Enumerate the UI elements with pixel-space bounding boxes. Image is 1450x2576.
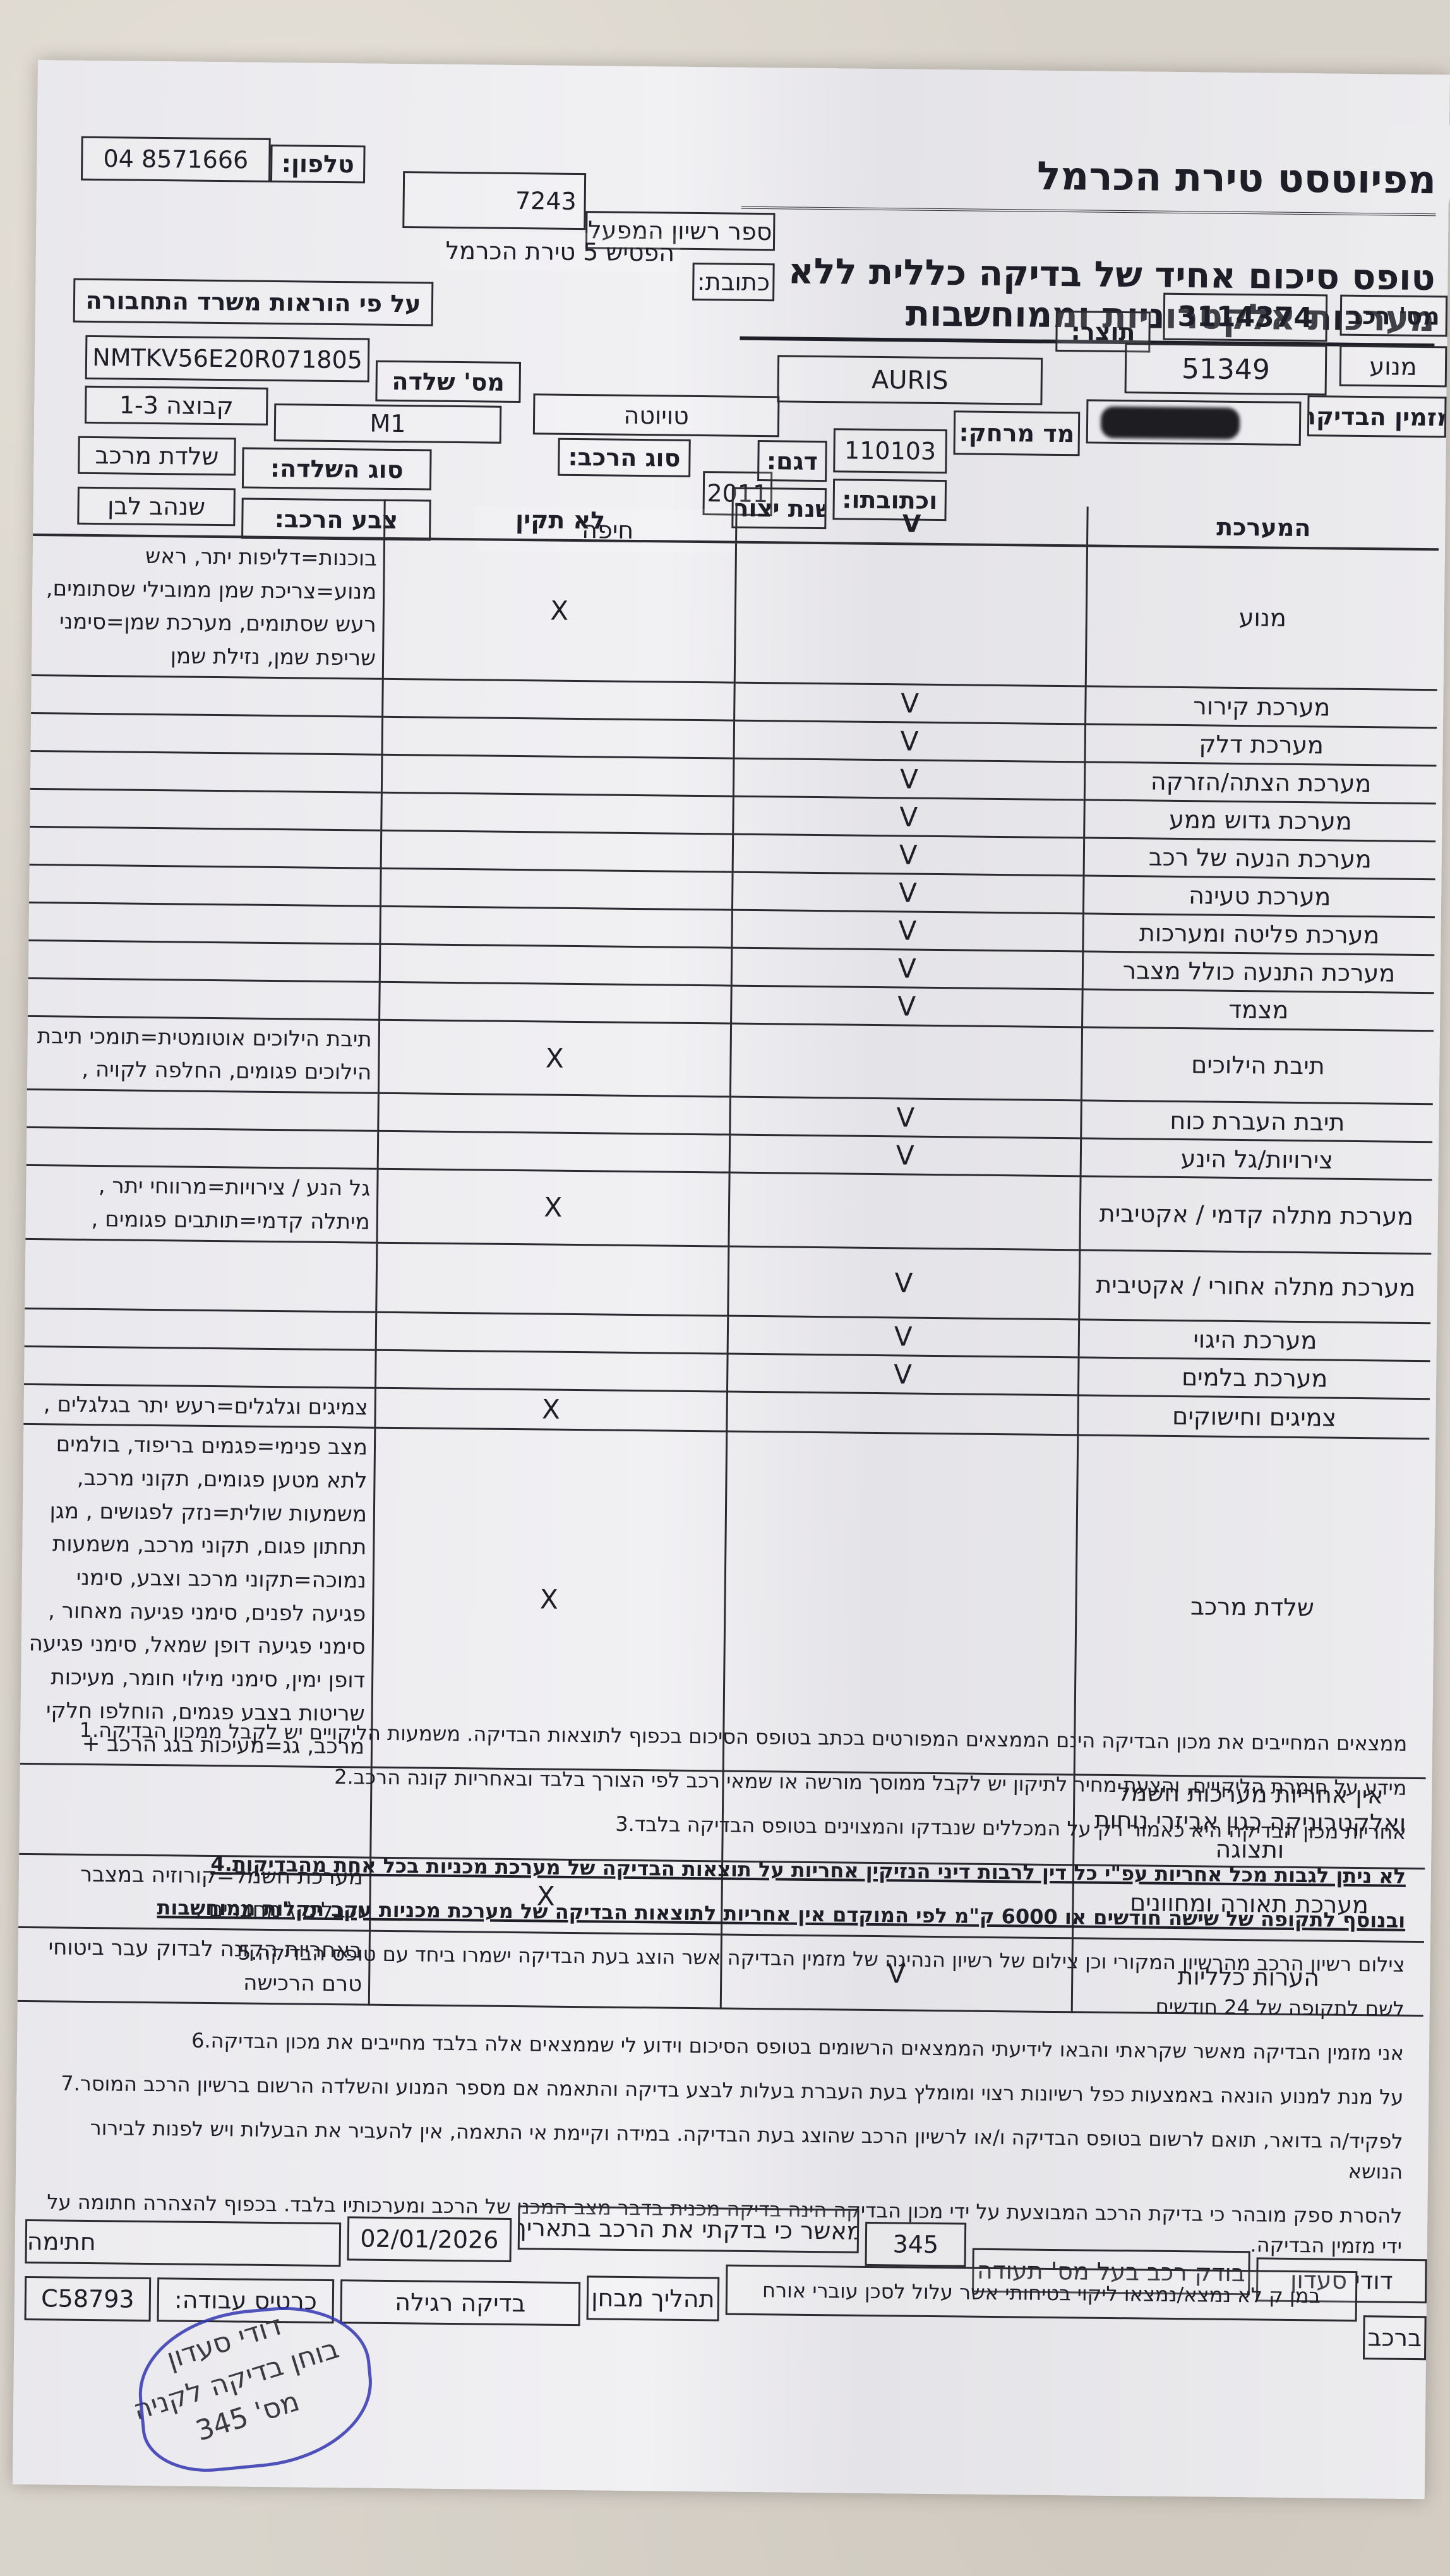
ok-mark: V: [733, 758, 1085, 800]
manufacturer-value: טויוטה: [533, 393, 780, 437]
not-ok-mark: [378, 1093, 730, 1135]
remarks-cell: [27, 1090, 378, 1131]
process-value: בדיקה רגילה: [340, 2279, 580, 2326]
header-ok: V: [736, 503, 1087, 546]
phone-label: טלפון:: [270, 145, 366, 184]
system-cell: מערכת הנעה של רכב: [1084, 838, 1435, 880]
ok-mark: [734, 542, 1087, 686]
not-ok-mark: [382, 717, 734, 758]
ok-mark: V: [729, 1135, 1081, 1176]
ok-mark: V: [734, 683, 1086, 724]
remarks-cell: [28, 978, 380, 1020]
chassis-label: מס' שלדה: [375, 361, 521, 403]
system-cell: מערכת טעינה: [1083, 876, 1435, 917]
not-ok-mark: [381, 830, 733, 872]
address-value: הפטיש 5 טירת הכרמל: [440, 232, 681, 272]
engine-number: 51349: [1125, 343, 1327, 395]
inspection-date: 02/01/2026: [347, 2216, 512, 2262]
note-2: מידע על חומרת הליקויים, והצעת מחיר לתיקו…: [49, 1758, 1406, 1803]
ok-mark: [726, 1392, 1078, 1436]
header-not-ok: לא תקין: [385, 499, 736, 542]
model-label: דגם:: [757, 440, 827, 482]
remarks-cell: תיבת הילוכים אוטומטית=תומכי תיבת הילוכים…: [27, 1016, 380, 1093]
tester-value: [1086, 399, 1302, 446]
not-ok-mark: X: [375, 1388, 727, 1432]
ok-mark: V: [727, 1354, 1079, 1395]
system-cell: תיבת הילוכים: [1081, 1027, 1434, 1104]
signature-field: חתימה: [25, 2219, 341, 2267]
note-4-cont: ובנוסף לתקופה של שישה חודשים או 6000 ק"מ…: [47, 1891, 1405, 1936]
system-cell: מערכת התנעה כולל מצבר: [1082, 951, 1434, 993]
ok-mark: [730, 1023, 1082, 1100]
inspector-stamp: דודי סעדון בוחן בדיקה לקניה מס' 345: [86, 2282, 408, 2546]
remarks-cell: צמיגים וגלגלים=רעש יתר בגלגלים ,: [23, 1384, 375, 1428]
header-system: המערכת: [1087, 506, 1439, 549]
chassis-type-value: שלדת מרכב: [78, 436, 236, 476]
ok-mark: V: [731, 986, 1082, 1027]
system-cell: מערכת בלמים: [1078, 1357, 1430, 1398]
system-cell: מנוע: [1086, 546, 1439, 689]
inspection-form: מפיוטסט טירת הכרמל טופס סיכום אחיד של בד…: [13, 60, 1450, 2499]
remarks-cell: [29, 864, 381, 906]
phone-value: 04 8571666: [81, 136, 271, 182]
note-7-cont: לפקיד/ה בדואר, תואם לרשום בטופס הבדיקה ו…: [45, 2112, 1403, 2187]
system-cell: מערכת פליטה ומערכות: [1083, 914, 1435, 955]
remarks-cell: גל הנע / צירויות=מרווחי יתר , מיתלה קדמי…: [25, 1166, 378, 1243]
note-4: לא ניתן לגבות מכל אחריות עפ"י כל דין לרב…: [48, 1847, 1406, 1892]
remarks-cell: [30, 789, 381, 830]
ok-mark: V: [728, 1316, 1079, 1357]
terms-notes: ממצאים המחייבים את מכון הבדיקה הינם הממצ…: [44, 1714, 1407, 2275]
address-label: כתובת:: [692, 263, 775, 301]
organization-name: מפיוטסט טירת הכרמל: [1037, 153, 1437, 203]
not-ok-mark: [376, 1350, 728, 1392]
not-ok-mark: X: [378, 1020, 731, 1097]
note-5-cont: לשם לתקופה של 24 חודשים: [47, 1979, 1405, 2024]
signature-scribble: [131, 2299, 379, 2478]
system-cell: מערכת גדוש ממע: [1084, 800, 1436, 842]
system-cell: תיבת העברת כוח: [1081, 1100, 1433, 1142]
not-ok-mark: [383, 679, 734, 720]
system-cell: צירויות/גל הינע: [1081, 1138, 1432, 1180]
system-cell: מצמד: [1082, 989, 1434, 1031]
authority-note: על פי הוראות משרד התחבורה: [73, 278, 434, 326]
ok-mark: V: [728, 1246, 1080, 1320]
odometer-value: 110103: [833, 428, 947, 474]
not-ok-mark: X: [383, 539, 736, 683]
table-row: מערכת מתלה קדמי / אקטיביתXגל הנע / צירוי…: [25, 1166, 1432, 1254]
vehicle-type-value: M1: [274, 403, 502, 444]
not-ok-mark: [380, 944, 731, 986]
chassis-number: NMTKV56E20R071805: [85, 335, 370, 383]
system-cell: מערכת היגוי: [1079, 1319, 1430, 1361]
model-value: AURIS: [777, 355, 1043, 405]
note-3: אחריות מכון הבדיקה היא כאמור רק על המכלל…: [49, 1803, 1406, 1847]
remarks-cell: [24, 1346, 376, 1388]
note-5: צילום רשיון הרכב מהרשיון המקורי וכן צילו…: [47, 1935, 1405, 1980]
not-ok-mark: X: [377, 1169, 729, 1246]
plate-number: 3114374: [1163, 293, 1327, 342]
ok-mark: [728, 1172, 1081, 1249]
system-cell: מערכת מתלה קדמי / אקטיבית: [1080, 1176, 1432, 1253]
remarks-cell: [25, 1239, 377, 1312]
not-ok-mark: [380, 868, 732, 910]
remarks-cell: [28, 940, 380, 982]
remarks-cell: [27, 1128, 378, 1169]
not-ok-mark: [381, 754, 733, 796]
not-ok-mark: [376, 1243, 729, 1316]
remarks-cell: בוכנות=דליפות יתר, ראש מנוע=צריכת שמן ממ…: [32, 535, 385, 679]
odometer-label: מד מרחק:: [954, 410, 1081, 456]
tester-label: מזמין הבדיקה: [1307, 395, 1447, 438]
process-label: תהליך מבחן: [587, 2275, 720, 2321]
remarks-cell: [31, 675, 383, 717]
table-row: תיבת הילוכיםXתיבת הילוכים אוטומטית=תומכי…: [27, 1016, 1434, 1104]
engine-label: מנוע: [1339, 345, 1447, 388]
ok-mark: V: [733, 720, 1085, 762]
license-value: 7243: [402, 171, 586, 230]
remarks-cell: [30, 751, 382, 792]
ok-mark: V: [733, 834, 1084, 876]
safety-defect-label: במן ק לא נמצא/נמצאו ליקוי בטיחותי אשר על…: [726, 2265, 1358, 2322]
redaction-mark: [1101, 407, 1240, 439]
chassis-type-label: סוג השלדה:: [242, 447, 432, 490]
work-card-value: C58793: [25, 2276, 152, 2322]
ok-mark: V: [732, 872, 1084, 914]
not-ok-mark: [376, 1312, 728, 1354]
table-row: מנועXבוכנות=דליפות יתר, ראש מנוע=צריכת ש…: [32, 535, 1439, 690]
header-remarks: [33, 496, 385, 539]
vehicle-type-label: סוג הרכב:: [558, 438, 691, 477]
remarks-cell: [31, 713, 383, 754]
ok-mark: V: [731, 910, 1083, 951]
inspector-cert-number: 345: [865, 2222, 966, 2267]
vehicle-label: ברכב: [1363, 2315, 1427, 2360]
not-ok-mark: [378, 1131, 729, 1172]
system-cell: מערכת דלק: [1085, 724, 1437, 766]
plate-label: מס' רכב: [1340, 295, 1448, 337]
system-cell: מערכת הצתה/הזרקה: [1084, 762, 1436, 804]
system-cell: מערכת מתלה אחורי / אקטיבית: [1079, 1249, 1432, 1323]
remarks-cell: [28, 902, 380, 944]
remarks-cell: [25, 1308, 376, 1350]
ok-mark: V: [731, 948, 1083, 989]
not-ok-mark: [381, 792, 733, 834]
not-ok-mark: [380, 982, 731, 1023]
confirm-label: מאשר כי בדקתי את הרכב בתאריך: [518, 2205, 860, 2253]
system-cell: מערכת קירור: [1086, 686, 1437, 728]
note-7: על מנת למנוע הונאה באמצעות כפל רשיונות ר…: [45, 2068, 1403, 2113]
note-6: אני מזמין הבדיקה מאשר שקראתי והבאו לידיע…: [46, 2024, 1404, 2068]
vehicle-group: קבוצה 1-3: [85, 386, 268, 426]
ok-mark: V: [733, 796, 1084, 838]
not-ok-mark: [380, 906, 732, 948]
remarks-cell: [30, 826, 381, 868]
ok-mark: V: [729, 1097, 1081, 1138]
system-cell: צמיגים וחישוקים: [1078, 1395, 1430, 1439]
